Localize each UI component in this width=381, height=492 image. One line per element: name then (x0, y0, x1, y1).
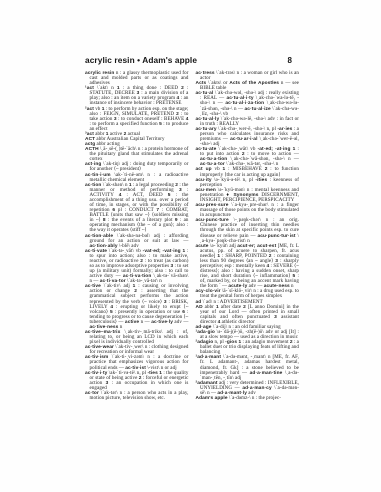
left-column: acrylic resin n : a glassy thermoplastic… (85, 71, 189, 401)
dictionary-entry: ac·tor \ˈak-tər\ n : a person who acts i… (85, 391, 189, 401)
headword-bold: Acts of the Apostles (229, 81, 279, 86)
dictionary-entry: acrylic resin n : a glassy thermoplastic… (85, 71, 189, 86)
headword-bold: ac·tive·ly (151, 320, 173, 325)
dictionary-entry: ac·tu·ary \ˈak-chə-ˌwer-ē, -shə-\ n, pl … (196, 127, 300, 147)
dictionary-entry: ac·tive·wear \ˈak-tiv-ˌwer\ n : clothing… (85, 345, 189, 355)
dictionary-entry: ¹ada·gio \ə-ˈdä-j(ē-)ō, -zh(ē-)ō\ adv or… (196, 330, 300, 340)
page-number: 8 (288, 56, 299, 65)
dictionary-entry: ac·tiv·ism \ˈak-ti-ˌvi-zəm\ n : a doctri… (85, 355, 189, 370)
dictionary-entry: ac·tress \ˈak-trəs\ n : a woman or girl … (196, 71, 300, 81)
dictionary-entry: ¹ad·a·mant \ˈa-də-mənt, -ˌmant\ n [ME, f… (196, 355, 300, 380)
running-head: acrylic resin • Adam's apple 8 (85, 55, 299, 68)
dictionary-entry: acu·ity \ə-ˈkyü-ə-tē\ n, pl -ities : kee… (196, 178, 300, 188)
dictionary-entry: ²adagio n, pl -gios 1 : an adagio moveme… (196, 340, 300, 355)
dictionary-page: acrylic resin • Adam's apple 8 acrylic r… (0, 0, 381, 492)
headword-bold: ac·tu·al·ize (245, 107, 271, 112)
dictionary-entry: ac·tive \ˈak-tiv\ adj 1 : causing or inv… (85, 284, 189, 330)
right-column: ac·tress \ˈak-trəs\ n : a woman or girl … (196, 71, 300, 401)
headword-bold: ac·tu·ar·i·al (230, 137, 257, 142)
dictionary-entry: ac·tion \ˈak-shən\ n 1 : a legal proceed… (85, 183, 189, 234)
headword-bold: ad·a·man·tine (250, 371, 283, 376)
headword-bold: active (125, 320, 139, 325)
dictionary-entry: act·ing \ˈak-tiŋ\ adj : doing duty tempo… (85, 162, 189, 172)
dictionary-entry: ²act vb 1 : to perform by action esp. on… (85, 107, 189, 132)
dictionary-entry: ²adamant adj : very determined : INFLEXI… (196, 381, 300, 396)
dictionary-entry: ac·tin·i·um \ak-ˈti-nē-əm\ n : a radioac… (85, 173, 189, 183)
guide-words: acrylic resin • Adam's apple (85, 55, 197, 65)
dictionary-entry: ac·tu·al·ly \ˈak-chə-wə-lē, -shə-\ adv :… (196, 117, 300, 127)
headword-bold: Adam's apple (196, 396, 228, 401)
page-content: acrylic resin • Adam's apple 8 acrylic r… (85, 55, 299, 401)
dictionary-entry: ac·tion·able \ˈak-shə-nə-bəl\ adj : affo… (85, 234, 189, 249)
text-columns: acrylic resin n : a glassy thermoplastic… (85, 71, 299, 401)
dictionary-entry: ACTH \ˌā-ˌsē-(ˌ)tē-ˈāch\ n : a protein h… (85, 147, 189, 162)
dictionary-entry: acu·pres·sure \ˈa-kyə-ˌpre-shər\ n : a f… (196, 203, 300, 218)
dictionary-entry: acy·clo·vir \ā-ˈsī-klō-ˌvir\ n : a drug … (196, 289, 300, 299)
dictionary-entry: ¹act \ˈakt\ n 1 : a thing done : DEED 2 … (85, 86, 189, 106)
dictionary-entry: Acts \ˈakts\ or Acts of the Apostles n —… (196, 81, 300, 91)
headword-bold: -ities (255, 178, 267, 183)
headword-bold: acu·punc·tur·ist (257, 234, 295, 239)
dictionary-entry: Adam's apple \ˈa-dəmz-\ n : the projec- (196, 396, 300, 401)
dictionary-entry: AD abbr 1 after date 2 [L anno Domini] i… (196, 305, 300, 325)
dictionary-entry: ac·ti·vate \ˈak-tə-ˌvāt\ vb -vat·ed; -va… (85, 249, 189, 285)
dictionary-entry: acu·men \ə-ˈkyü-mən\ n : mental keenness… (196, 188, 300, 203)
dictionary-entry: acu·punc·ture \-ˌpəŋk-chər\ n : an orig.… (196, 218, 300, 243)
dictionary-entry: ac·tiv·i·ty \ak-ˈti-və-tē\ n, pl -ties 1… (85, 371, 189, 391)
dictionary-entry: ac·tu·al \ˈak-chə-wəl, -shə-\ adj : real… (196, 91, 300, 116)
dictionary-entry: ac·tu·ate \ˈak-chə-ˌwāt\ vb -at·ed; -at·… (196, 147, 300, 167)
dictionary-entry: act up vb 1 : MISBEHAVE 2 : to function … (196, 167, 300, 177)
dictionary-entry: ac·tive–ma·trix \ˌak-tiv-ˌmā-triks\ adj … (85, 330, 189, 345)
dictionary-entry: acute \ə-ˈkyüt\ adj acut·er; acut·est [M… (196, 244, 300, 290)
